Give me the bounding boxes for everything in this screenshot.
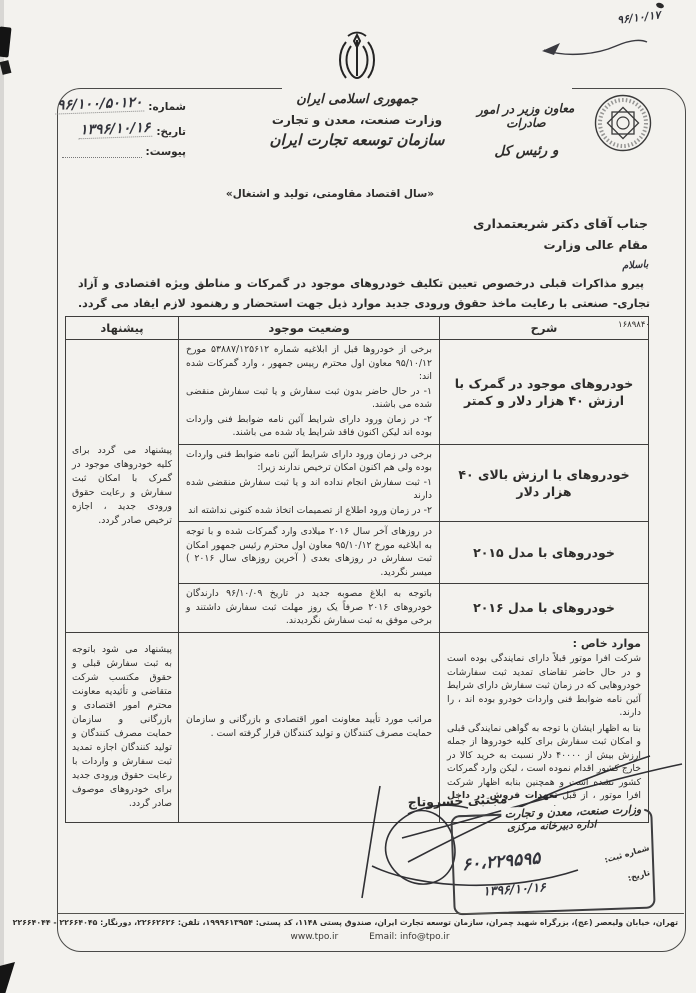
organization-title: سازمان توسعه تجارت ایران	[257, 131, 457, 149]
col-header-proposal: پیشنهاد	[66, 317, 179, 340]
special-paragraph: شرکت افرا موتور قبلاً دارای نمایندگی بود…	[447, 652, 641, 720]
stamp-number-label: شماره ثبت:	[603, 843, 650, 864]
row2-status: برخی در زمان ورود دارای شرایط آئین نامه …	[179, 444, 440, 522]
footer-divider	[57, 913, 684, 914]
footer-address: تهران، خیابان ولیعصر (عج)، بزرگراه شهید …	[62, 918, 678, 927]
row4-description: خودروهای با مدل ۲۰۱۶	[440, 584, 649, 633]
scan-artifact	[0, 962, 21, 993]
status-line: برخی در زمان ورود دارای شرایط آئین نامه …	[186, 448, 432, 475]
letter-date-label: تاریخ:	[156, 126, 186, 138]
republic-title: جمهوری اسلامی ایران	[257, 92, 457, 107]
row5-proposal: پیشنهاد می شود باتوجه به ثبت سفارش قبلی …	[66, 632, 179, 823]
stamp-date-value: ۱۳۹۶/۱۰/۱۶	[482, 879, 546, 898]
table-row: خودروهای موجود در گمرک با ارزش ۴۰ هزار د…	[66, 340, 649, 445]
salutation: باسلام	[621, 259, 648, 272]
deputy-title-line1: معاون وزیر در امور صادرات	[462, 101, 590, 131]
table-header-row: شرح وضعیت موجود پیشنهاد	[66, 317, 649, 340]
row4-status: باتوجه به ابلاغ مصوبه جدید در تاریخ ۹۶/۱…	[179, 584, 440, 633]
footer-contact-line: www.tpo.ir Email: info@tpo.ir	[62, 932, 678, 942]
scan-edge-shadow	[0, 0, 4, 993]
email-address: Email: info@tpo.ir	[369, 932, 449, 942]
website-url: www.tpo.ir	[290, 932, 338, 942]
recipient-block: جناب آقای دکتر شریعتمداری مقام عالی وزار…	[350, 216, 648, 272]
signature-flourish-icon	[540, 26, 650, 58]
row1-description: خودروهای موجود در گمرک با ارزش ۴۰ هزار د…	[440, 340, 649, 445]
letter-date-row: تاریخ: ۱۳۹۶/۱۰/۱۶	[28, 121, 186, 138]
recipient-name: جناب آقای دکتر شریعتمداری	[350, 216, 648, 231]
status-line: ۲- در زمان ورود دارای شرایط آئین نامه ضو…	[186, 413, 432, 440]
status-line: مراتب مورد تأیید معاونت امور اقتصادی و ب…	[186, 713, 432, 740]
ministry-title: وزارت صنعت، معدن و تجارت	[257, 113, 457, 127]
deputy-title-line2: و رئیس کل	[462, 142, 590, 160]
stamp-number-value: ۶۰،۲۲۹۵۹۵	[461, 848, 541, 875]
status-line: برخی از خودروها قبل از ابلاغیه شماره ۵۳۸…	[186, 343, 432, 384]
letter-number-label: شماره:	[148, 101, 186, 113]
row2-description: خودروهای با ارزش بالای ۴۰ هزار دلار	[440, 444, 649, 522]
iran-emblem-icon	[338, 30, 376, 86]
deputy-title-block: معاون وزیر در امور صادرات و رئیس کل	[462, 101, 591, 160]
handwritten-date-note: ۹۶/۱۰/۱۷	[540, 6, 660, 58]
letter-meta-block: شماره: ۹۶/۱۰۰/۵۰۱۲۰ تاریخ: ۱۳۹۶/۱۰/۱۶ پی…	[28, 96, 186, 166]
status-line: ۱- در حال حاضر بدون ثبت سفارش و یا ثبت س…	[186, 385, 432, 412]
stamp-decorative-line	[458, 814, 498, 816]
tpo-logo	[593, 93, 653, 153]
stamp-date-label: تاریخ:	[627, 868, 651, 883]
letter-attachment-label: پیوست:	[146, 146, 186, 158]
attachment-dotted-line	[62, 148, 142, 158]
status-proposal-table: شرح وضعیت موجود پیشنهاد خودروهای موجود د…	[65, 316, 649, 823]
status-line: در روزهای آخر سال ۲۰۱۶ میلادی وارد گمرکا…	[186, 525, 432, 579]
letterhead-center: جمهوری اسلامی ایران وزارت صنعت، معدن و ت…	[257, 92, 457, 149]
scan-artifact	[0, 26, 12, 57]
registry-stamp: وزارت صنعت، معدن و تجارت اداره دبیرخانه …	[450, 809, 655, 916]
letter-attachment-row: پیوست:	[28, 146, 186, 158]
row3-status: در روزهای آخر سال ۲۰۱۶ میلادی وارد گمرکا…	[179, 522, 440, 584]
col-header-status: وضعیت موجود	[179, 317, 440, 340]
scan-artifact	[0, 60, 11, 75]
handwritten-date-text: ۹۶/۱۰/۱۷	[616, 8, 661, 26]
body-text: پیرو مذاکرات قبلی درخصوص تعیین تکلیف خود…	[78, 277, 650, 310]
status-line: باتوجه به ابلاغ مصوبه جدید در تاریخ ۹۶/۱…	[186, 587, 432, 628]
scanned-letter-page: ۹۶/۱۰/۱۷ جمهوری اسلامی ایران وزارت صنعت،…	[0, 0, 696, 993]
row1-status: برخی از خودروها قبل از ابلاغیه شماره ۵۳۸…	[179, 340, 440, 445]
merged-proposal-cell: پیشنهاد می گردد برای کلیه خودروهای موجود…	[66, 340, 179, 633]
col-header-description: شرح	[440, 317, 649, 340]
recipient-title: مقام عالی وزارت	[350, 238, 648, 252]
letter-date-value: ۱۳۹۶/۱۰/۱۶	[78, 120, 153, 140]
status-line: ۲- در زمان ورود اطلاع از تصمیمات اتخاذ ش…	[186, 504, 432, 518]
letter-number-value: ۹۶/۱۰۰/۵۰۱۲۰	[55, 94, 145, 114]
year-slogan: «سال اقتصاد مقاومتی، تولید و اشتغال»	[225, 188, 435, 200]
letter-number-row: شماره: ۹۶/۱۰۰/۵۰۱۲۰	[28, 96, 186, 113]
special-cases-title: موارد خاص :	[447, 637, 641, 651]
row3-description: خودروهای با مدل ۲۰۱۵	[440, 522, 649, 584]
status-line: ۱- ثبت سفارش انجام نداده اند و یا ثبت سف…	[186, 476, 432, 503]
